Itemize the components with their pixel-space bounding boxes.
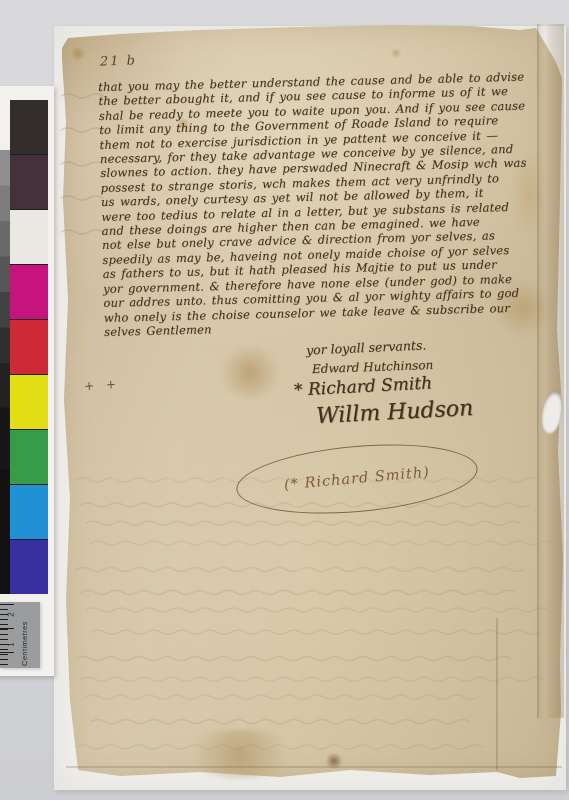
fold-crease-bottom bbox=[66, 766, 562, 768]
color-patch-column bbox=[10, 100, 48, 594]
color-patch bbox=[10, 375, 48, 430]
ruler: 2 1 Centimetres bbox=[0, 602, 40, 668]
ruler-number-1: 1 bbox=[7, 642, 16, 646]
color-patch bbox=[10, 265, 48, 320]
ruler-number-2: 2 bbox=[7, 612, 16, 616]
letter-body: that you may the better understand the c… bbox=[98, 69, 566, 340]
ruler-label: Centimetres bbox=[20, 606, 29, 666]
fold-crease-lower bbox=[496, 618, 498, 770]
color-patch bbox=[10, 430, 48, 485]
color-patch bbox=[10, 485, 48, 540]
color-patch bbox=[10, 100, 48, 155]
color-patch bbox=[10, 210, 48, 265]
page-number: 21 b bbox=[100, 53, 138, 69]
color-patch bbox=[10, 540, 48, 594]
margin-ink-marks: + + bbox=[84, 377, 121, 393]
color-patch bbox=[10, 320, 48, 375]
photograph-scene: 2 1 Centimetres 21 b that you may the be… bbox=[0, 0, 569, 800]
color-patch bbox=[10, 155, 48, 210]
